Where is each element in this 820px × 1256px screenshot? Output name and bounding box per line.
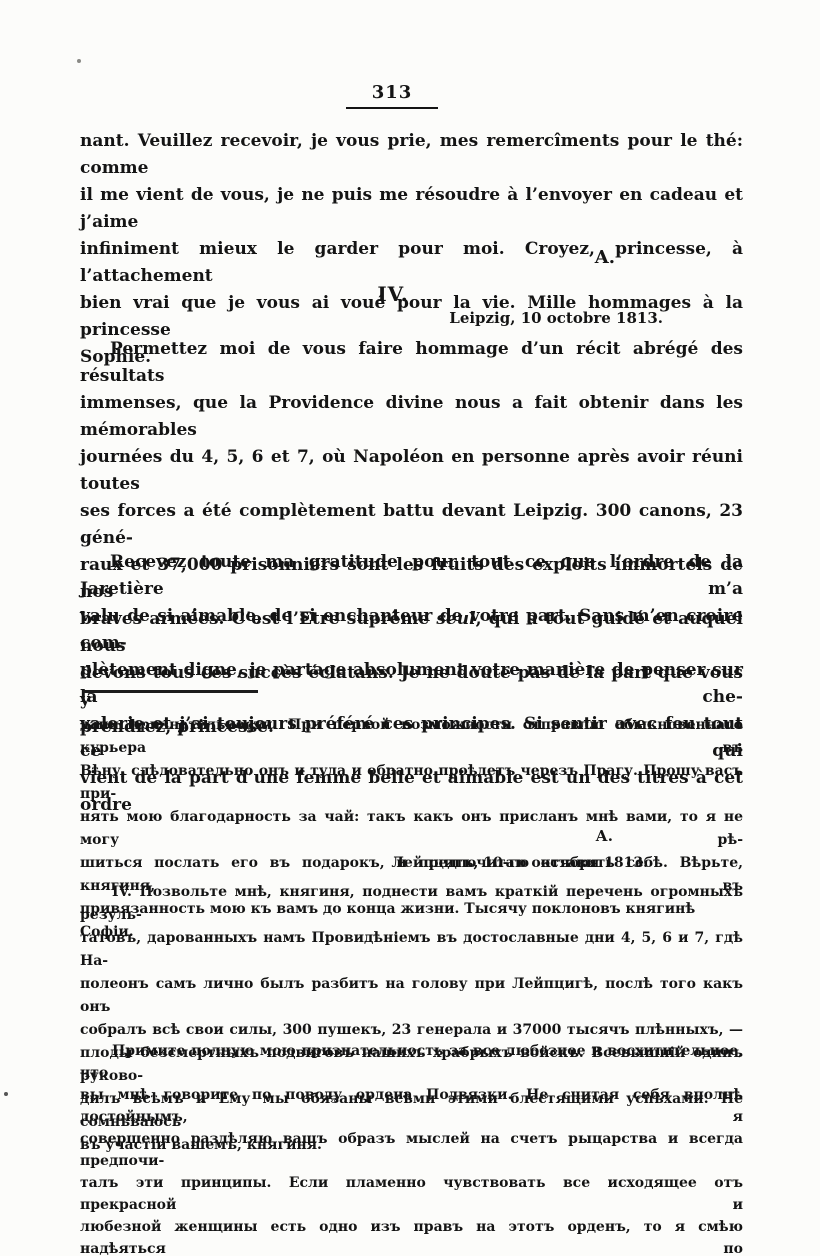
footnote-dateline: Лейпцигъ, 10-го октября 1813. bbox=[80, 853, 743, 873]
section-heading: IV. bbox=[0, 281, 786, 307]
page-header: 313 bbox=[346, 82, 438, 109]
letter-line: plètement digne, je partage absolument v… bbox=[80, 657, 743, 711]
footnote-line: Вѣну, слѣдовательно онъ и туда и обратно… bbox=[80, 760, 743, 806]
letter-line: immenses, que la Providence divine nous … bbox=[80, 390, 743, 444]
footnote-line: полеонъ самъ лично былъ разбитъ на голов… bbox=[80, 973, 743, 1019]
scanned-book-page: 313 nant. Veuillez recevoir, je vous pri… bbox=[0, 0, 820, 1256]
footnote-line: татовъ, дарованныхъ намъ Провидѣніемъ въ… bbox=[80, 927, 743, 973]
french-dateline: Leipzig, 10 octobre 1813. bbox=[80, 307, 743, 329]
footnote-line: талъ эти принципы. Если пламенно чувство… bbox=[80, 1172, 743, 1216]
letter-line: nant. Veuillez recevoir, je vous prie, m… bbox=[80, 128, 743, 182]
page-number: 313 bbox=[346, 82, 438, 104]
footnote-line: IV. Позвольте мнѣ, княгиня, поднести вам… bbox=[80, 881, 743, 927]
footnote-separator-rule bbox=[83, 690, 258, 693]
letter-line: il me vient de vous, je ne puis me résou… bbox=[80, 182, 743, 236]
letter-line: valu de si aimable, de si enchanteur de … bbox=[80, 603, 743, 657]
footnote-line: вы мнѣ говорите по поводу ордена Подвязк… bbox=[80, 1084, 743, 1128]
footnote-line: любезной женщины есть одно изъ правъ на … bbox=[80, 1216, 743, 1256]
footnote-line: собралъ всѣ свои силы, 300 пушекъ, 23 ге… bbox=[80, 1019, 743, 1042]
scan-speck bbox=[4, 1092, 8, 1096]
page-number-rule bbox=[346, 107, 438, 109]
letter-line: Recevez toute ma gratitude pour tout ce … bbox=[80, 549, 743, 603]
footnote-signature: А. bbox=[80, 826, 743, 846]
footnote-line: совершенно раздѣляю вашъ образъ мыслей н… bbox=[80, 1128, 743, 1172]
footnote-line: дани признательности. При первой возможн… bbox=[80, 714, 743, 760]
scan-speck bbox=[77, 59, 81, 63]
footnote-paragraph-3: Примите полную мою признательность за вс… bbox=[80, 1040, 743, 1256]
letter-line: journées du 4, 5, 6 et 7, où Napoléon en… bbox=[80, 444, 743, 498]
letter-line: Permettez moi de vous faire hommage d’un… bbox=[80, 336, 743, 390]
footnote-line: Примите полную мою признательность за вс… bbox=[80, 1040, 743, 1084]
french-signature: A. bbox=[80, 247, 743, 268]
letter-line: ses forces a été complètement battu deva… bbox=[80, 498, 743, 552]
